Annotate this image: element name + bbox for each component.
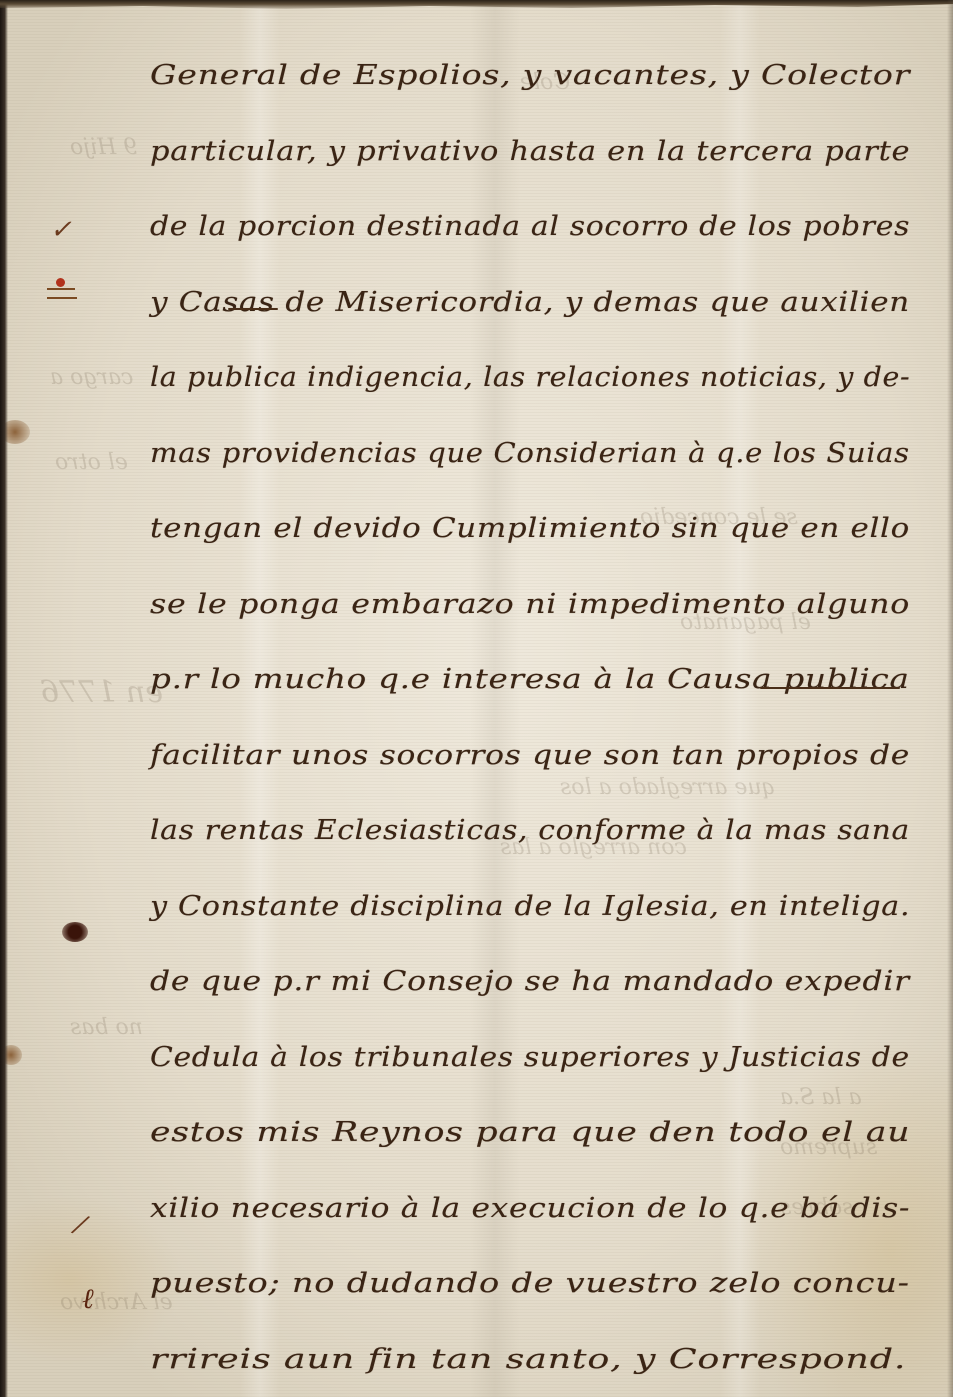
margin-flourish-icon: ℓ	[82, 1282, 94, 1316]
red-dot-icon	[56, 278, 65, 287]
binding-edge	[0, 0, 8, 1397]
text-line: y Casas de Misericordia, y demas que aux…	[150, 265, 930, 341]
margin-dash	[47, 288, 75, 290]
line-text: se le ponga embarazo ni impedimento algu…	[150, 589, 910, 620]
underline-stroke	[760, 687, 900, 689]
text-line: particular, y privativo hasta en la terc…	[150, 114, 930, 190]
line-text: y Casas de Misericordia, y demas que aux…	[150, 287, 910, 318]
line-text: General de Espolios, y vacantes, y Colec…	[150, 60, 910, 91]
line-text: la publica indigencia, las relaciones no…	[150, 362, 910, 393]
text-line: facilitar unos socorros que son tan prop…	[150, 718, 930, 794]
line-text: y Constante disciplina de la Iglesia, en…	[150, 891, 910, 922]
line-text: las rentas Eclesiasticas, conforme à la …	[150, 815, 910, 846]
text-line: mas providencias que Considerian à q.e l…	[150, 416, 930, 492]
line-text: p.r lo mucho q.e interesa à la Causa pub…	[150, 664, 910, 695]
margin-tick-icon: /	[71, 1209, 89, 1240]
text-line: estos mis Reynos para que den todo el au	[150, 1095, 930, 1171]
text-line: se le ponga embarazo ni impedimento algu…	[150, 567, 930, 643]
text-line: la publica indigencia, las relaciones no…	[150, 340, 930, 416]
line-text: xilio necesario à la execucion de lo q.e…	[150, 1193, 910, 1224]
manuscript-page: Cole 9 Hijo cargo a el otro se le conced…	[0, 0, 953, 1397]
bleed-through-text: no bas	[70, 1015, 143, 1040]
line-text: puesto; no dudando de vuestro zelo concu…	[150, 1268, 910, 1299]
bleed-through-text: cargo a	[50, 365, 133, 390]
line-text: facilitar unos socorros que son tan prop…	[150, 740, 910, 771]
bleed-through-text: 9 Hijo	[70, 135, 137, 160]
page-right-edge	[947, 0, 953, 1397]
text-line: y Constante disciplina de la Iglesia, en…	[150, 869, 930, 945]
line-text: particular, y privativo hasta en la terc…	[150, 136, 910, 167]
ink-blot-icon	[62, 922, 88, 942]
line-text: estos mis Reynos para que den todo el au	[150, 1117, 910, 1148]
line-text: tengan el devido Cumplimiento sin que en…	[150, 513, 910, 544]
margin-dash	[47, 297, 77, 299]
check-mark-icon: ✓	[50, 215, 72, 245]
manuscript-body: General de Espolios, y vacantes, y Colec…	[150, 38, 930, 1397]
line-text: Cedula à los tribunales superiores y Jus…	[150, 1042, 910, 1073]
text-line: rrireis aun fin tan santo, y Correspond.	[150, 1322, 930, 1397]
text-line: las rentas Eclesiasticas, conforme à la …	[150, 793, 930, 869]
text-line: de que p.r mi Consejo se ha mandado expe…	[150, 944, 930, 1020]
bleed-through-text: el otro	[55, 450, 128, 475]
line-text: mas providencias que Considerian à q.e l…	[150, 438, 910, 469]
torn-top-edge	[0, 0, 953, 10]
text-line: Cedula à los tribunales superiores y Jus…	[150, 1020, 930, 1096]
line-text: rrireis aun fin tan santo, y Correspond.	[150, 1344, 906, 1375]
text-line: General de Espolios, y vacantes, y Colec…	[150, 38, 930, 114]
line-text: de que p.r mi Consejo se ha mandado expe…	[150, 966, 910, 997]
text-line: tengan el devido Cumplimiento sin que en…	[150, 491, 930, 567]
bleed-through-text: en 1776	[40, 675, 163, 710]
text-line: puesto; no dudando de vuestro zelo concu…	[150, 1246, 930, 1322]
text-line: de la porcion destinada al socorro de lo…	[150, 189, 930, 265]
underline-stroke	[228, 308, 278, 310]
line-text: de la porcion destinada al socorro de lo…	[150, 211, 910, 242]
text-line: p.r lo mucho q.e interesa à la Causa pub…	[150, 642, 930, 718]
text-line: xilio necesario à la execucion de lo q.e…	[150, 1171, 930, 1247]
